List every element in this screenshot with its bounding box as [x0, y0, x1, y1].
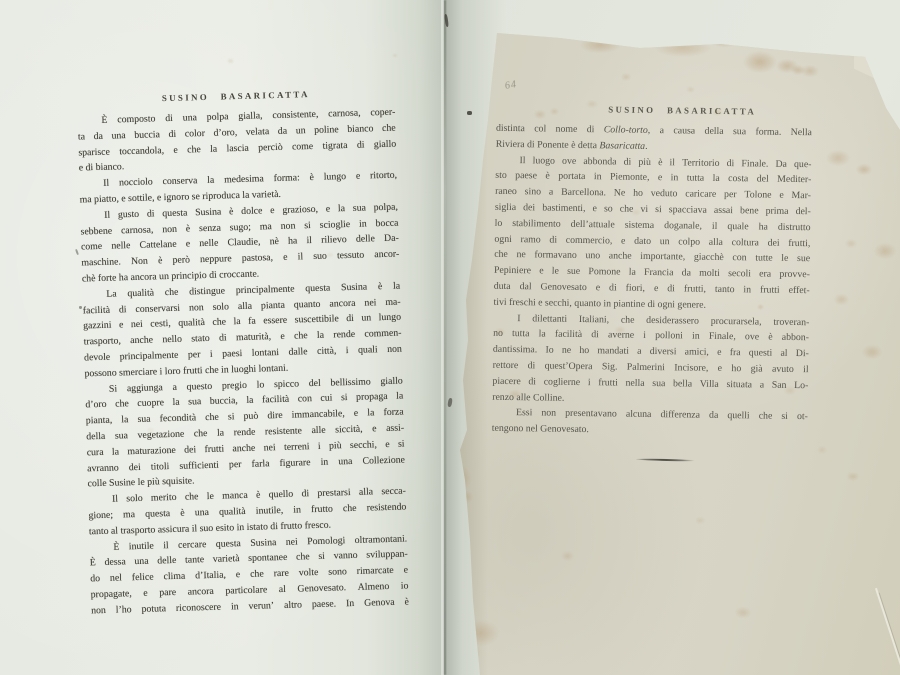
foxing-stain: [801, 65, 819, 77]
foxing-stain: [856, 164, 872, 175]
foxing-stain: [392, 53, 398, 58]
foxing-stain: [561, 551, 574, 561]
foxing-stain: [621, 73, 631, 81]
foxing-stain: [826, 150, 850, 166]
foxing-stain: [862, 345, 882, 359]
foxing-stain: [227, 58, 234, 64]
right-page-text: SUSINO BASARICATTA distintacolnomediColl…: [492, 102, 813, 441]
foxing-stain: [845, 239, 857, 248]
book-gutter: [444, 0, 446, 675]
foxing-stain: [735, 607, 751, 618]
left-page-body: Ècompostodiunapolpagialla,consistente,ca…: [77, 105, 409, 619]
foxing-stain: [834, 294, 849, 305]
foxing-stain: [146, 427, 155, 434]
foxing-stain: [695, 517, 705, 524]
ink-speck: [467, 111, 472, 115]
right-page-body: distintacolnomediCollo-torto,acausadella…: [492, 121, 812, 441]
foxing-stain: [874, 243, 896, 259]
foxing-stain: [686, 86, 695, 93]
left-page-text: SUSINO BASARICATTA Ècompostodiunapolpagi…: [77, 86, 410, 619]
foxing-stain: [847, 472, 859, 481]
bottom-crease-highlight: [875, 588, 900, 675]
ink-speck: [79, 306, 82, 309]
foxing-stain: [326, 252, 334, 258]
foxing-stain: [743, 51, 777, 73]
pencil-annotation: 64: [504, 79, 518, 92]
foxing-stain: [817, 446, 827, 454]
